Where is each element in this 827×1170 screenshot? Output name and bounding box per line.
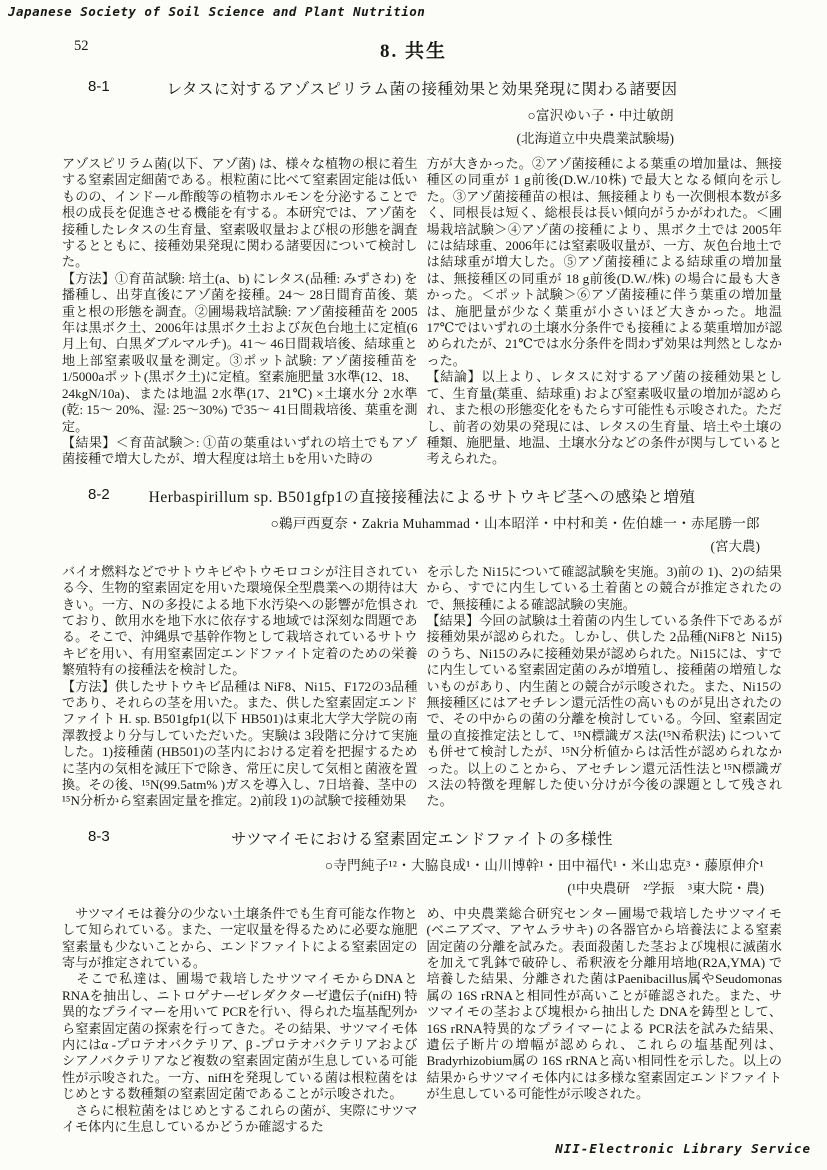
right-column: め、中央農業総合研究センター圃場で栽培したサツマイモ(ベニアズマ、アヤムラサキ)… <box>427 906 783 1136</box>
paragraph: 【結果】＜育苗試験＞: ①苗の葉重はいずれの培土でもアゾ菌接種で増大したが、増大… <box>62 435 418 468</box>
abstract-body: アゾスピリラム菌(以下、アゾ菌) は、様々な植物の根に着生する窒素固定細菌である… <box>62 156 782 468</box>
paragraph: 【結果】今回の試験は土着菌の内生している条件下であるが接種効果が認められた。しか… <box>427 613 783 810</box>
paragraph: め、中央農業総合研究センター圃場で栽培したサツマイモ(ベニアズマ、アヤムラサキ)… <box>427 906 783 1103</box>
document-page: Japanese Society of Soil Science and Pla… <box>0 0 827 1170</box>
abstract-8-2-header: 8-2 Herbaspirillum sp. B501gfp1の直接接種法による… <box>62 485 782 507</box>
paragraph: さらに根粒菌をはじめとするこれらの菌が、実際にサツマイモ体内に生息しているかどう… <box>62 1103 418 1136</box>
paragraph: 【方法】供したサトウキビ品種は NiF8、Ni15、F172の3品種であり、それ… <box>62 679 418 810</box>
page-number: 52 <box>74 38 89 55</box>
right-column: 方が大きかった。②アゾ菌接種による葉重の増加量は、無接種区の同重が 1 g前後(… <box>427 156 783 468</box>
section-header: 52 8. 共生 <box>0 0 827 64</box>
abstract-affiliation: (宮大農) <box>62 535 782 555</box>
abstract-number: 8-1 <box>88 78 110 95</box>
abstract-title: レタスに対するアゾスピリラム菌の接種効果と効果発現に関わる諸要因 <box>62 77 782 99</box>
paragraph: バイオ燃料などでサトウキビやトウモロコシが注目されている今、生物的窒素固定を用い… <box>62 564 418 679</box>
paragraph: そこで私達は、圃場で栽培したサツマイモからDNAと RNAを抽出し、ニトロゲナー… <box>62 971 418 1102</box>
abstract-title: Herbaspirillum sp. B501gfp1の直接接種法によるサトウキ… <box>62 485 782 507</box>
abstract-number: 8-2 <box>88 486 110 503</box>
abstract-authors: ○鵜戸西夏奈・Zakria Muhammad・山本昭洋・中村和美・佐伯雄一・赤尾… <box>62 512 782 532</box>
abstract-affiliation: (北海道立中央農業試験場) <box>62 127 782 147</box>
paragraph: サツマイモは養分の少ない土壌条件でも生育可能な作物として知られている。また、一定… <box>62 906 418 972</box>
left-column: バイオ燃料などでサトウキビやトウモロコシが注目されている今、生物的窒素固定を用い… <box>62 564 418 810</box>
right-column: を示した Ni15について確認試験を実施。3)前の 1)、2)の結果から、すでに… <box>427 564 783 810</box>
paragraph: を示した Ni15について確認試験を実施。3)前の 1)、2)の結果から、すでに… <box>427 564 783 613</box>
abstract-title: サツマイモにおける窒素固定エンドファイトの多様性 <box>62 827 782 849</box>
abstract-affiliation: (¹中央農研 ²学振 ³東大院・農) <box>62 877 782 897</box>
paragraph: アゾスピリラム菌(以下、アゾ菌) は、様々な植物の根に着生する窒素固定細菌である… <box>62 156 418 271</box>
left-column: アゾスピリラム菌(以下、アゾ菌) は、様々な植物の根に着生する窒素固定細菌である… <box>62 156 418 468</box>
abstract-body: サツマイモは養分の少ない土壌条件でも生育可能な作物として知られている。また、一定… <box>62 906 782 1136</box>
paragraph: 【結論】以上より、レタスに対するアゾ菌の接種効果として、生育量(葉重、結球重) … <box>427 369 783 467</box>
abstract-body: バイオ燃料などでサトウキビやトウモロコシが注目されている今、生物的窒素固定を用い… <box>62 564 782 810</box>
paragraph: 方が大きかった。②アゾ菌接種による葉重の増加量は、無接種区の同重が 1 g前後(… <box>427 156 783 369</box>
section-title: 8. 共生 <box>0 36 827 63</box>
abstract-8-1-header: 8-1 レタスに対するアゾスピリラム菌の接種効果と効果発現に関わる諸要因 <box>62 77 782 99</box>
abstract-8-3-header: 8-3 サツマイモにおける窒素固定エンドファイトの多様性 <box>62 827 782 849</box>
abstract-8-2: 8-2 Herbaspirillum sp. B501gfp1の直接接種法による… <box>62 485 782 810</box>
abstract-8-1: 8-1 レタスに対するアゾスピリラム菌の接種効果と効果発現に関わる諸要因 ○富沢… <box>62 77 782 468</box>
abstract-8-3: 8-3 サツマイモにおける窒素固定エンドファイトの多様性 ○寺門純子¹²・大脇良… <box>62 827 782 1136</box>
abstract-authors: ○富沢ゆい子・中辻敏朗 <box>62 104 782 124</box>
abstract-number: 8-3 <box>88 828 110 845</box>
left-column: サツマイモは養分の少ない土壌条件でも生育可能な作物として知られている。また、一定… <box>62 906 418 1136</box>
library-service-footer: NII-Electronic Library Service <box>555 1141 811 1156</box>
abstract-authors: ○寺門純子¹²・大脇良成¹・山川博幹¹・田中福代¹・米山忠克³・藤原伸介¹ <box>62 854 782 874</box>
paragraph: 【方法】①育苗試験: 培土(a、b) にレタス(品種: みずさわ) を播種し、出… <box>62 271 418 435</box>
